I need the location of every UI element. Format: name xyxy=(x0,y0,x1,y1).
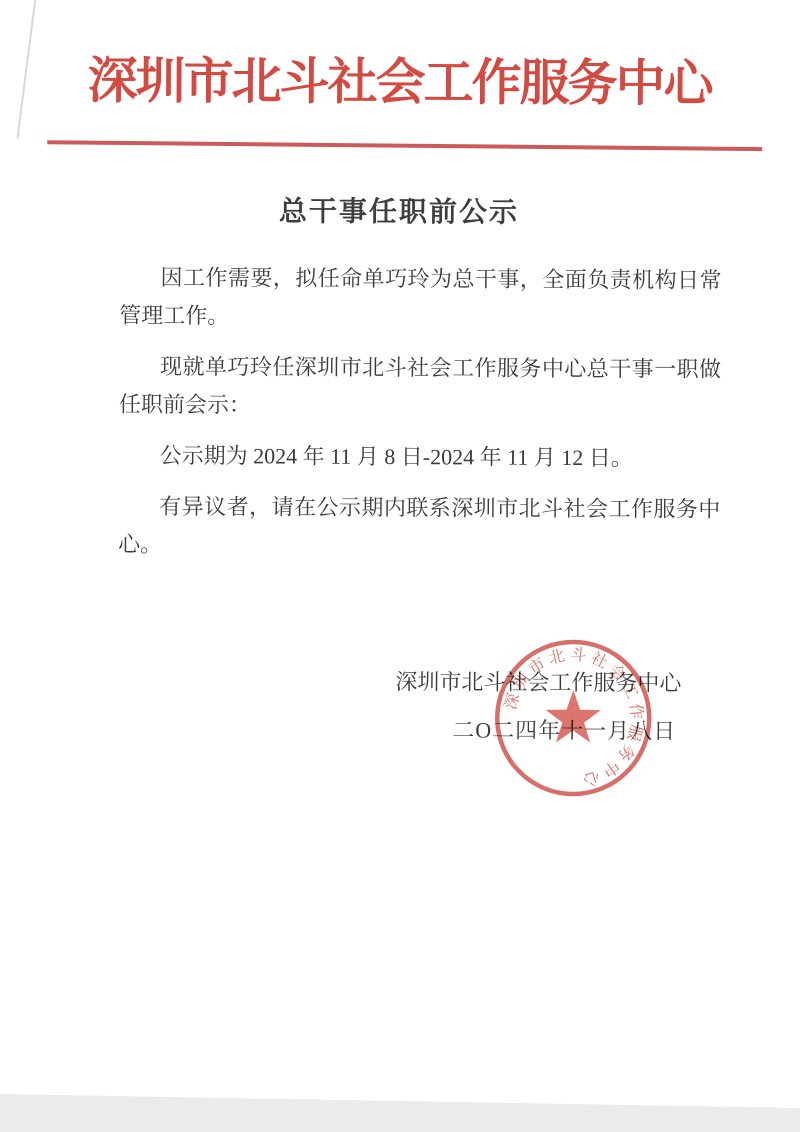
document-title: 总干事任职前公示 xyxy=(59,188,739,232)
document-body: 因工作需要，拟任命单巧玲为总干事，全面负责机构日常管理工作。 现就单巧玲任深圳市… xyxy=(118,259,722,580)
paragraph: 因工作需要，拟任命单巧玲为总干事，全面负责机构日常管理工作。 xyxy=(119,259,721,338)
document-page: 深圳市北斗社会工作服务中心 总干事任职前公示 因工作需要，拟任命单巧玲为总干事，… xyxy=(0,0,800,1132)
paragraph: 有异议者，请在公示期内联系深圳市北斗社会工作服务中心。 xyxy=(118,488,720,567)
letterhead-org-name: 深圳市北斗社会工作服务中心 xyxy=(0,40,800,116)
star-icon xyxy=(546,690,601,743)
document-content: 深圳市北斗社会工作服务中心 总干事任职前公示 因工作需要，拟任命单巧玲为总干事，… xyxy=(0,0,800,1132)
official-seal: 深圳市北斗社会工作服务中心 xyxy=(488,633,659,804)
paragraph: 现就单巧玲任深圳市北斗社会工作服务中心总干事一职做任职前会示： xyxy=(119,348,721,427)
paragraph: 公示期为 2024 年 11 月 8 日-2024 年 11 月 12 日。 xyxy=(119,437,721,478)
letterhead-divider xyxy=(47,140,762,151)
